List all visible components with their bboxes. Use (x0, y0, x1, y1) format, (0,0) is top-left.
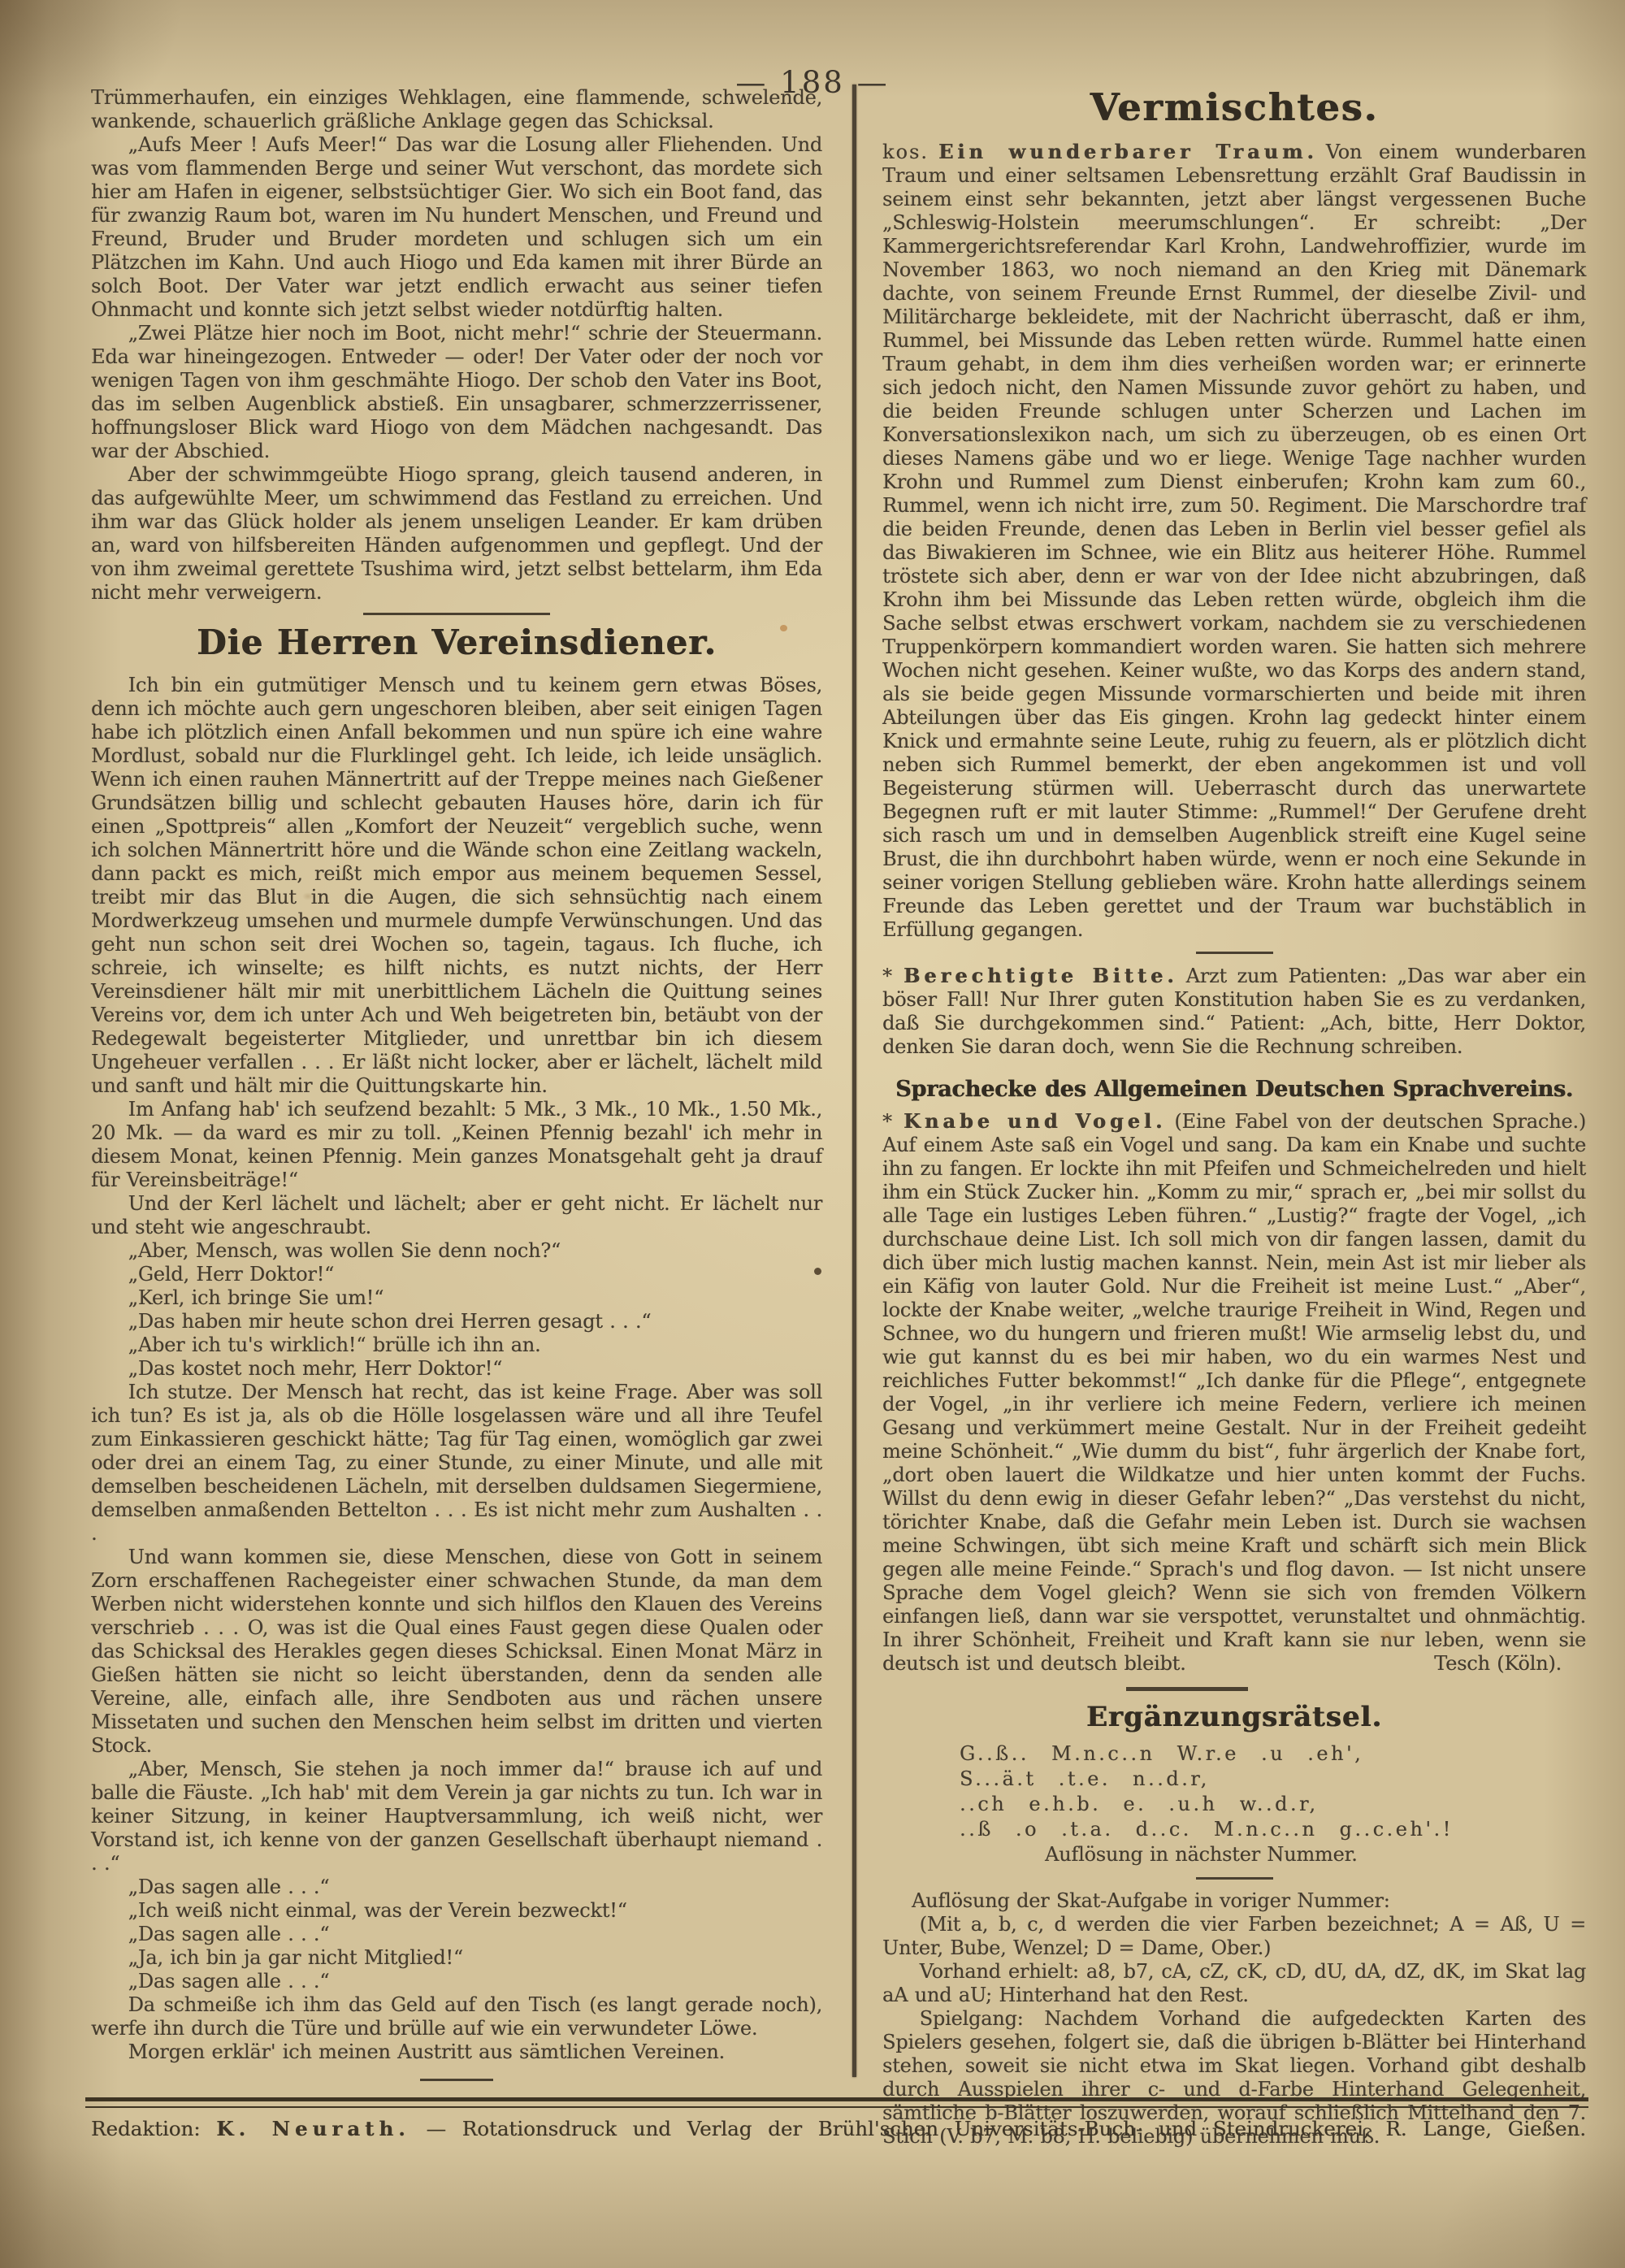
article-paragraph: Im Anfang hab' ich seufzend bezahlt: 5 M… (91, 1098, 822, 1192)
article-paragraph: „Das haben mir heute schon drei Herren g… (91, 1310, 822, 1333)
item-divider (1196, 1877, 1273, 1880)
item-fabel: *Knabe und Vogel.(Eine Fabel von der deu… (882, 1109, 1586, 1676)
item-lead: * (882, 965, 894, 987)
raetsel-line: ..ch e.h.b. e. .u.h w..d.r, (882, 1792, 1586, 1817)
item-title: Knabe und Vogel. (903, 1109, 1166, 1133)
left-column: Trümmerhaufen, ein einziges Wehklagen, e… (91, 86, 822, 2081)
item-traum: kos.Ein wunderbarer Traum.Von einem wund… (882, 140, 1586, 942)
article-paragraph: Ich stutze. Der Mensch hat recht, das is… (91, 1381, 822, 1546)
section-divider (1126, 1687, 1248, 1691)
article-paragraph: „Kerl, ich bringe Sie um!“ (91, 1286, 822, 1310)
article-paragraph: „Das kostet noch mehr, Herr Doktor!“ (91, 1357, 822, 1381)
article-paragraph: „Das sagen alle . . .“ (91, 1923, 822, 1946)
skat-paragraph: Vorhand erhielt: a8, b7, cA, cZ, cK, cD,… (882, 1960, 1586, 2007)
article-paragraph: „Geld, Herr Doktor!“ (91, 1263, 822, 1286)
footer-publisher: — Rotationsdruck und Verlag der Brühl'sc… (427, 2117, 1586, 2140)
story-paragraph: „Zwei Plätze hier noch im Boot, nicht me… (91, 322, 822, 463)
item-lead: kos. (882, 141, 929, 163)
rust-spot (780, 625, 787, 631)
story-paragraph: Trümmerhaufen, ein einziges Wehklagen, e… (91, 86, 822, 133)
sprachecke-title: Sprachecke des Allgemeinen Deutschen Spr… (882, 1077, 1586, 1103)
story-paragraph: Aber der schwimmgeübte Hiogo sprang, gle… (91, 463, 822, 605)
footer-rule (85, 2097, 1588, 2108)
article-paragraph: Da schmeiße ich ihm das Geld auf den Tis… (91, 1993, 822, 2040)
article-paragraph: „Aber, Mensch, Sie stehen ja noch immer … (91, 1758, 822, 1876)
raetsel-title: Ergänzungsrätsel. (882, 1701, 1586, 1733)
item-text: (Eine Fabel von der deutschen Sprache.) … (882, 1110, 1586, 1675)
article-title: Die Herren Vereinsdiener. (91, 623, 822, 662)
section-title-vermischtes: Vermischtes. (882, 85, 1586, 130)
newspaper-page: — 188 — Trümmerhaufen, ein einziges Wehk… (0, 0, 1625, 2268)
article-paragraph: „Ja, ich bin ja gar nicht Mitglied!“ (91, 1946, 822, 1970)
article-paragraph: Ich bin ein gutmütiger Mensch und tu kei… (91, 674, 822, 1098)
skat-title: Auflösung der Skat-Aufgabe in voriger Nu… (882, 1889, 1586, 1913)
article-paragraph: „Aber, Mensch, was wollen Sie denn noch?… (91, 1239, 822, 1263)
article-paragraph: „Ich weiß nicht einmal, was der Verein b… (91, 1899, 822, 1923)
skat-paragraph: (Mit a, b, c, d werden die vier Farben b… (882, 1913, 1586, 1960)
paper-stain (302, 892, 314, 900)
raetsel-line: G..ß.. M.n.c..n W.r.e .u .eh', (882, 1741, 1586, 1767)
item-title: Ein wunderbarer Traum. (938, 140, 1318, 163)
raetsel-line: S...ä.t .t.e. n..d.r, (882, 1767, 1586, 1792)
article-paragraph: „Das sagen alle . . .“ (91, 1970, 822, 1993)
item-signature: Tesch (Köln). (1434, 1652, 1586, 1676)
article-paragraph: Und der Kerl lächelt und lächelt; aber e… (91, 1192, 822, 1239)
footer-imprint: Redaktion: K. Neurath. — Rotationsdruck … (91, 2116, 1586, 2142)
article-paragraph: „Das sagen alle . . .“ (91, 1876, 822, 1899)
section-divider (363, 613, 550, 615)
raetsel-line: ..ß .o .t.a. d..c. M.n.c..n g..c.eh'.! (882, 1817, 1586, 1842)
article-paragraph: Morgen erklär' ich meinen Austritt aus s… (91, 2040, 822, 2064)
ink-speck (814, 1268, 821, 1275)
story-paragraph: „Aufs Meer ! Aufs Meer!“ Das war die Los… (91, 133, 822, 322)
item-lead: * (882, 1110, 894, 1133)
raetsel-note: Auflösung in nächster Nummer. (882, 1842, 1586, 1867)
article-paragraph: Und wann kommen sie, diese Menschen, die… (91, 1546, 822, 1758)
article-end-rule (420, 2079, 493, 2081)
footer-label: Redaktion: (91, 2117, 201, 2140)
paper-stain (1376, 1628, 1399, 1642)
item-divider (1196, 952, 1273, 954)
right-column: Vermischtes. kos.Ein wunderbarer Traum.V… (882, 85, 1586, 2149)
footer-editor-name: K. Neurath. (216, 2117, 410, 2140)
item-text: Von einem wunderbaren Traum und einer se… (882, 141, 1586, 941)
item-title: Berechtigte Bitte. (903, 964, 1178, 987)
item-bitte: *Berechtigte Bitte.Arzt zum Patienten: „… (882, 964, 1586, 1059)
column-divider-rule (852, 85, 856, 2077)
article-paragraph: „Aber ich tu's wirklich!“ brülle ich ihn… (91, 1333, 822, 1357)
